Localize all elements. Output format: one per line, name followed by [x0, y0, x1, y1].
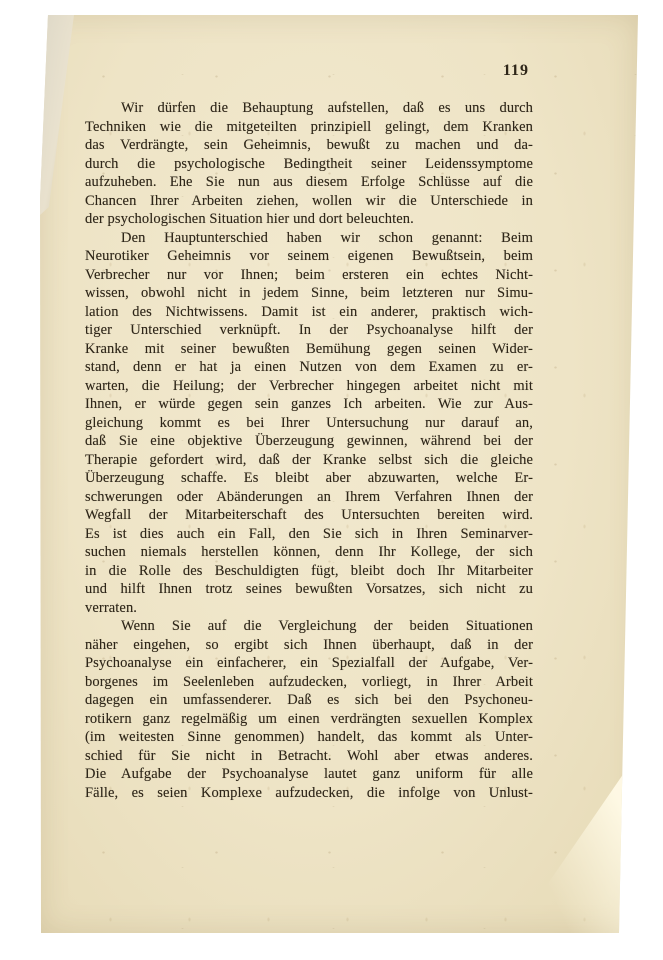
text-line: gleichung kommt es bei Ihrer Untersuchun… — [85, 414, 533, 433]
page-curl-crease — [46, 15, 76, 213]
text-line: Die Aufgabe der Psychoanalyse lautet gan… — [85, 765, 533, 784]
text-line: Techniken wie die mitgeteilten prinzipie… — [85, 118, 533, 137]
text-line: borgenes im Seelenleben aufzudecken, vor… — [85, 673, 533, 692]
text-line: rotikern ganz regelmäßig um einen verdrä… — [85, 710, 533, 729]
text-line: suchen niemals herstellen können, denn I… — [85, 543, 533, 562]
text-line: Chancen Ihrer Arbeiten ziehen, wollen wi… — [85, 192, 533, 211]
text-line: daß Sie eine objektive Überzeugung gewin… — [85, 432, 533, 451]
text-line: Therapie gefordert wird, daß der Kranke … — [85, 451, 533, 470]
text-line: Verbrecher nur vor Ihnen; beim ersteren … — [85, 266, 533, 285]
text-line: und hilft Ihnen trotz seines bewußten Vo… — [85, 580, 533, 599]
text-line: der psychologischen Situation hier und d… — [85, 210, 533, 229]
text-line: Es ist dies auch ein Fall, den Sie sich … — [85, 525, 533, 544]
text-line: warten, die Heilung; der Verbrecher hing… — [85, 377, 533, 396]
text-line: tiger Unterschied verknüpft. In der Psyc… — [85, 321, 533, 340]
text-line: Wegfall der Mitarbeiterschaft des Unters… — [85, 506, 533, 525]
text-line: durch die psychologische Bedingtheit sei… — [85, 155, 533, 174]
text-line: Fälle, es seien Komplexe aufzudecken, di… — [85, 784, 533, 803]
paragraph: Wir dürfen die Behauptung aufstellen, da… — [85, 99, 533, 229]
text-line: verraten. — [85, 599, 533, 618]
text-line: Wir dürfen die Behauptung aufstellen, da… — [85, 99, 533, 118]
text-block: Wir dürfen die Behauptung aufstellen, da… — [85, 99, 533, 802]
paragraph: Den Hauptunterschied haben wir schon gen… — [85, 229, 533, 618]
book-page: 119 Wir dürfen die Behauptung aufstellen… — [40, 15, 638, 933]
text-line: dagegen ein umfassenderer. Daß es sich b… — [85, 691, 533, 710]
text-line: (im weitesten Sinne genommen) handelt, d… — [85, 728, 533, 747]
text-line: Wenn Sie auf die Vergleichung der beiden… — [85, 617, 533, 636]
text-line: näher eingehen, so ergibt sich Ihnen übe… — [85, 636, 533, 655]
text-line: das Verdrängte, sein Geheimnis, bewußt z… — [85, 136, 533, 155]
text-line: Kranke mit seiner bewußten Bemühung gege… — [85, 340, 533, 359]
text-line: Den Hauptunterschied haben wir schon gen… — [85, 229, 533, 248]
text-line: stand, denn er hat ja einen Nutzen von d… — [85, 358, 533, 377]
text-line: schwerungen oder Abänderungen an Ihrem V… — [85, 488, 533, 507]
page-number: 119 — [85, 62, 529, 80]
text-line: lation des Nichtwissens. Damit ist ein a… — [85, 303, 533, 322]
scan-background: 119 Wir dürfen die Behauptung aufstellen… — [0, 0, 663, 960]
text-line: Neurotiker Geheimnis vor seinem eigenen … — [85, 247, 533, 266]
text-line: Ihnen, er würde gegen sein ganzes Ich ar… — [85, 395, 533, 414]
text-line: wissen, obwohl nicht in jedem Sinne, bei… — [85, 284, 533, 303]
paragraph: Wenn Sie auf die Vergleichung der beiden… — [85, 617, 533, 802]
text-line: Überzeugung schaffe. Es bleibt aber abzu… — [85, 469, 533, 488]
text-line: aufzuheben. Ehe Sie nun aus diesem Erfol… — [85, 173, 533, 192]
text-line: schied für Sie nicht in Betracht. Wohl a… — [85, 747, 533, 766]
text-line: in die Rolle des Beschuldigten fügt, ble… — [85, 562, 533, 581]
text-line: Psychoanalyse ein einfacherer, ein Spezi… — [85, 654, 533, 673]
